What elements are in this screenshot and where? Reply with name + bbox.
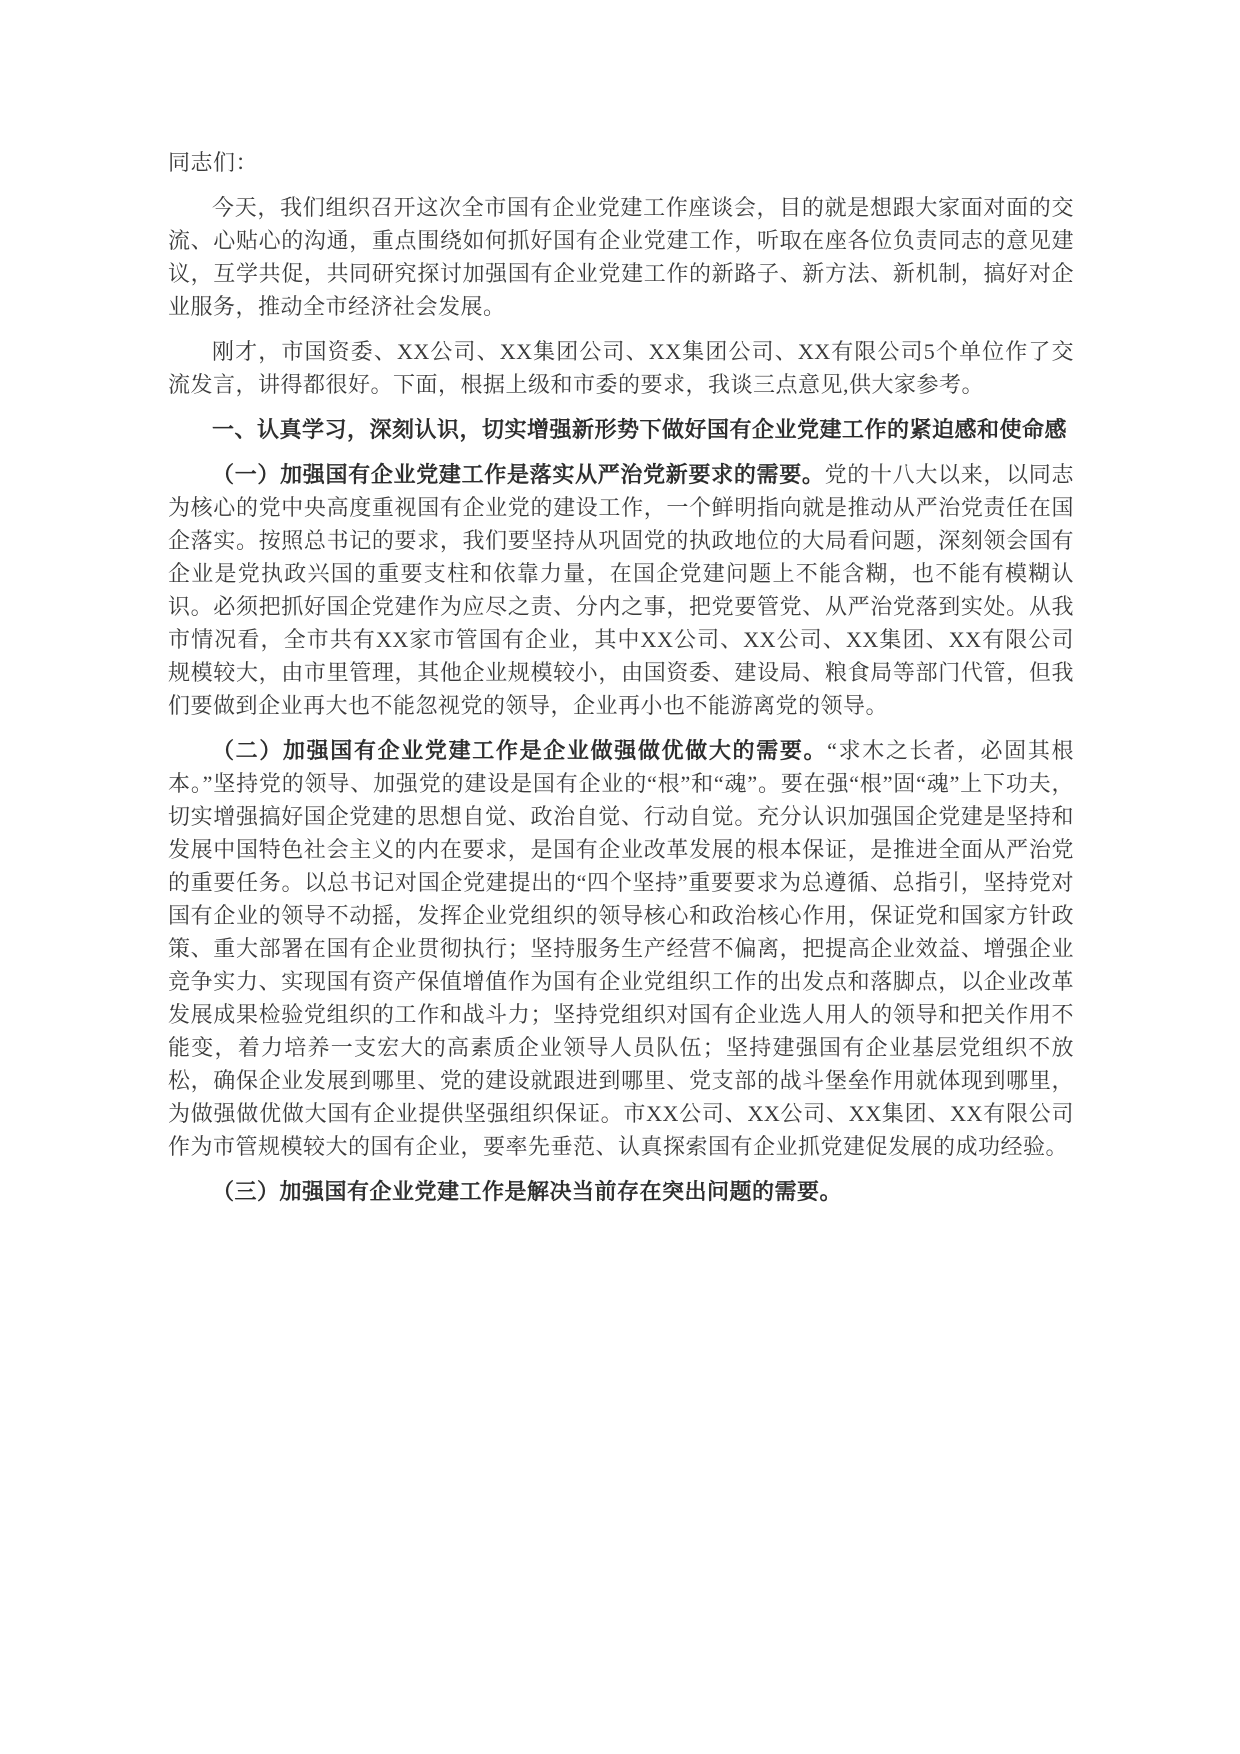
intro-paragraph-1: 今天，我们组织召开这次全市国有企业党建工作座谈会，目的就是想跟大家面对面的交流、…: [168, 191, 1074, 323]
subsection-2-lead: （二）加强国有企业党建工作是企业做强做优做大的需要。: [212, 738, 827, 763]
subsection-1-paragraph: （一）加强国有企业党建工作是落实从严治党新要求的需要。党的十八大以来，以同志为核…: [168, 458, 1074, 722]
subsection-3-paragraph: （三）加强国有企业党建工作是解决当前存在突出问题的需要。: [168, 1175, 1074, 1208]
subsection-3-lead: （三）加强国有企业党建工作是解决当前存在突出问题的需要。: [212, 1179, 842, 1204]
subsection-1-body: 党的十八大以来，以同志为核心的党中央高度重视国有企业党的建设工作，一个鲜明指向就…: [168, 462, 1074, 718]
subsection-2-body: “求木之长者，必固其根本。”坚持党的领导、加强党的建设是国有企业的“根”和“魂”…: [168, 738, 1074, 1159]
document-body: 同志们： 今天，我们组织召开这次全市国有企业党建工作座谈会，目的就是想跟大家面对…: [168, 146, 1074, 1208]
section-heading: 一、认真学习，深刻认识，切实增强新形势下做好国有企业党建工作的紧迫感和使命感: [168, 413, 1074, 446]
subsection-2-paragraph: （二）加强国有企业党建工作是企业做强做优做大的需要。“求木之长者，必固其根本。”…: [168, 734, 1074, 1163]
subsection-1-lead: （一）加强国有企业党建工作是落实从严治党新要求的需要。: [212, 462, 825, 487]
document-page: 同志们： 今天，我们组织召开这次全市国有企业党建工作座谈会，目的就是想跟大家面对…: [0, 0, 1240, 1754]
intro-paragraph-2: 刚才，市国资委、XX公司、XX集团公司、XX集团公司、XX有限公司5个单位作了交…: [168, 335, 1074, 401]
salutation: 同志们：: [168, 146, 1074, 179]
